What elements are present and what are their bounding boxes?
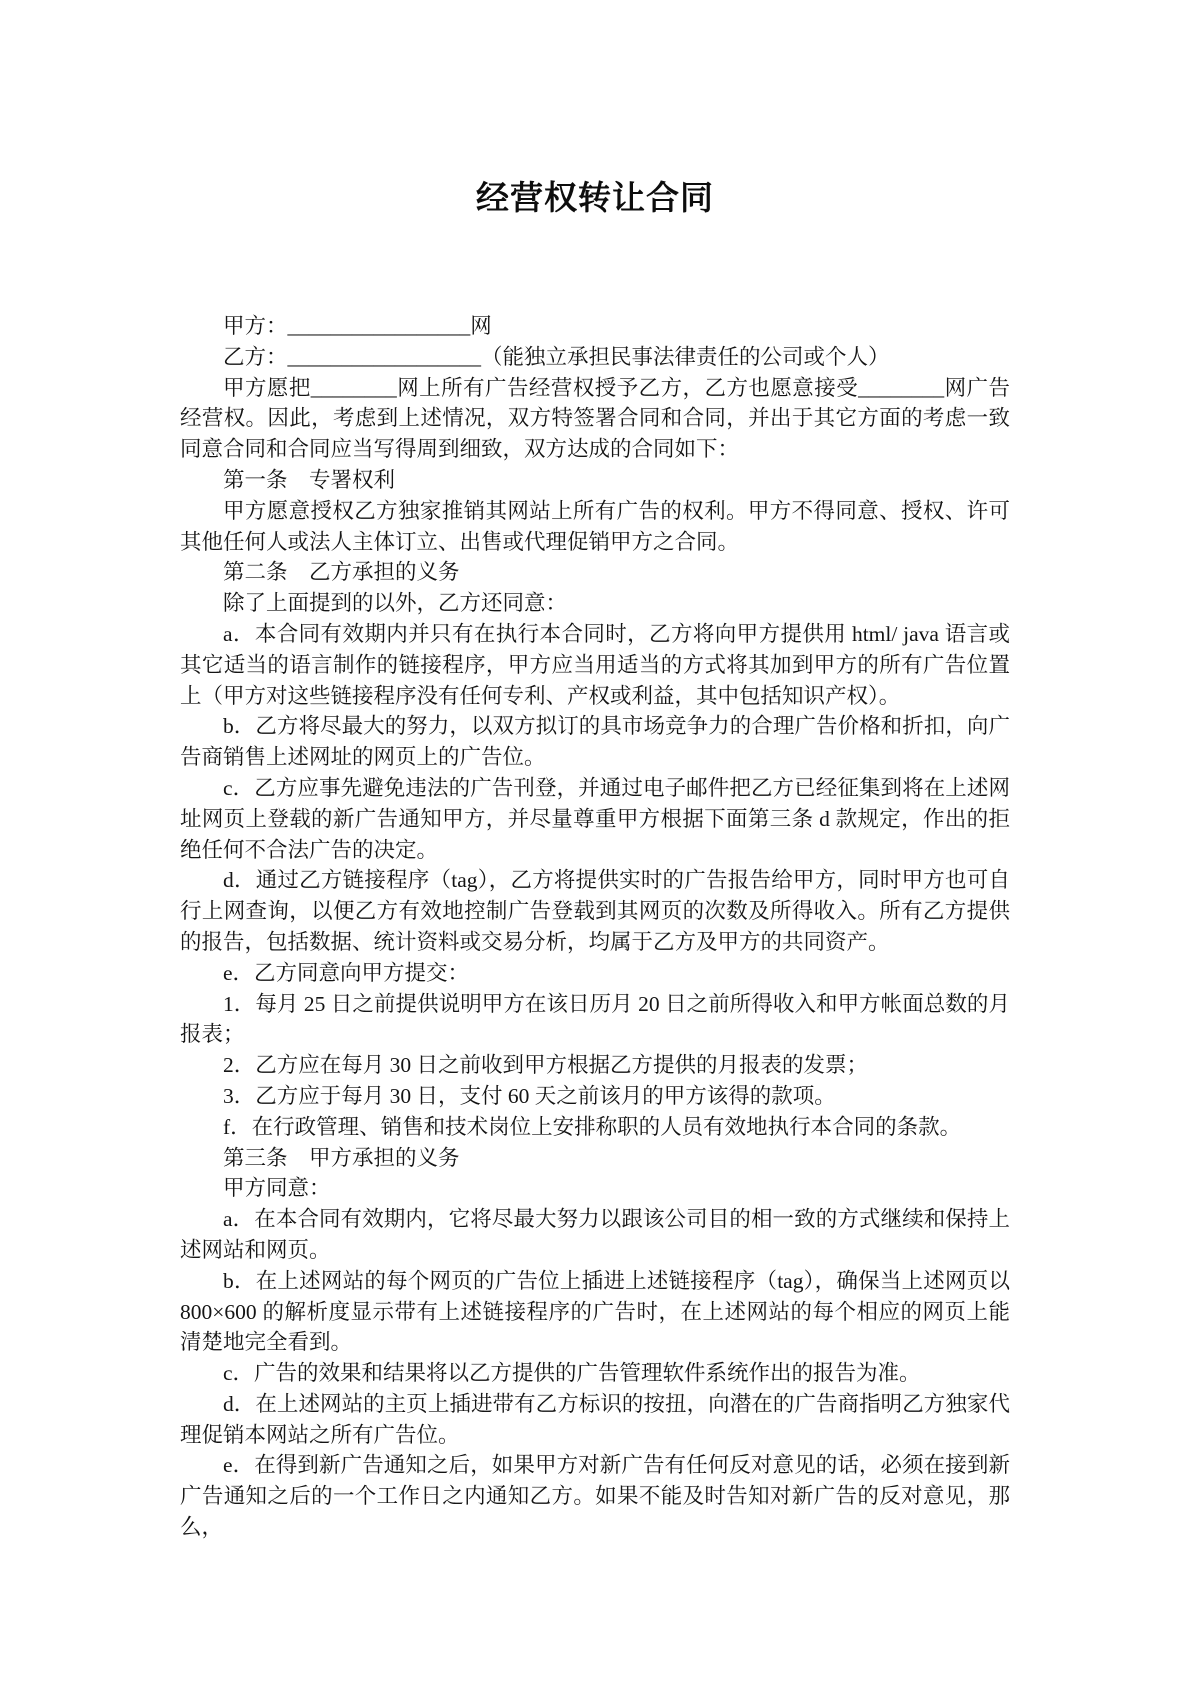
clause-2-intro: 除了上面提到的以外，乙方还同意： [180,588,1010,619]
document-page: 经营权转让合同 甲方：_________________网 乙方：_______… [0,0,1190,1683]
clause-2-item-d: d．通过乙方链接程序（tag），乙方将提供实时的广告报告给甲方，同时甲方也可自行… [180,865,1010,957]
clause-2-item-e: e．乙方同意向甲方提交： [180,958,1010,989]
preamble-paragraph: 甲方愿把________网上所有广告经营权授予乙方，乙方也愿意接受_______… [180,373,1010,465]
clause-2-item-b: b．乙方将尽最大的努力，以双方拟订的具市场竞争力的合理广告价格和折扣，向广告商销… [180,711,1010,773]
clause-2-item-c: c．乙方应事先避免违法的广告刊登，并通过电子邮件把乙方已经征集到将在上述网址网页… [180,773,1010,865]
party-b-field-line: 乙方：__________________（能独立承担民事法律责任的公司或个人） [180,342,1010,373]
clause-3-heading: 第三条 甲方承担的义务 [180,1143,1010,1174]
clause-2-item-e-3: 3．乙方应于每月 30 日，支付 60 天之前该月的甲方该得的款项。 [180,1081,1010,1112]
document-title: 经营权转让合同 [180,175,1010,223]
document-body: 甲方：_________________网 乙方：_______________… [180,311,1010,1543]
clause-3-item-e: e．在得到新广告通知之后，如果甲方对新广告有任何反对意见的话，必须在接到新广告通… [180,1450,1010,1542]
clause-3-item-a: a．在本合同有效期内，它将尽最大努力以跟该公司目的相一致的方式继续和保持上述网站… [180,1204,1010,1266]
clause-2-heading: 第二条 乙方承担的义务 [180,557,1010,588]
clause-2-item-f: f．在行政管理、销售和技术岗位上安排称职的人员有效地执行本合同的条款。 [180,1112,1010,1143]
clause-2-item-a: a．本合同有效期内并只有在执行本合同时，乙方将向甲方提供用 html/ java… [180,619,1010,711]
party-a-field-line: 甲方：_________________网 [180,311,1010,342]
clause-1-heading: 第一条 专署权利 [180,465,1010,496]
clause-3-intro: 甲方同意： [180,1173,1010,1204]
clause-3-item-c: c．广告的效果和结果将以乙方提供的广告管理软件系统作出的报告为准。 [180,1358,1010,1389]
clause-1-paragraph: 甲方愿意授权乙方独家推销其网站上所有广告的权利。甲方不得同意、授权、许可其他任何… [180,496,1010,558]
clause-2-item-e-1: 1．每月 25 日之前提供说明甲方在该日历月 20 日之前所得收入和甲方帐面总数… [180,989,1010,1051]
clause-2-item-e-2: 2．乙方应在每月 30 日之前收到甲方根据乙方提供的月报表的发票； [180,1050,1010,1081]
clause-3-item-d: d．在上述网站的主页上插进带有乙方标识的按扭，向潜在的广告商指明乙方独家代理促销… [180,1389,1010,1451]
clause-3-item-b: b．在上述网站的每个网页的广告位上插进上述链接程序（tag），确保当上述网页以 … [180,1266,1010,1358]
